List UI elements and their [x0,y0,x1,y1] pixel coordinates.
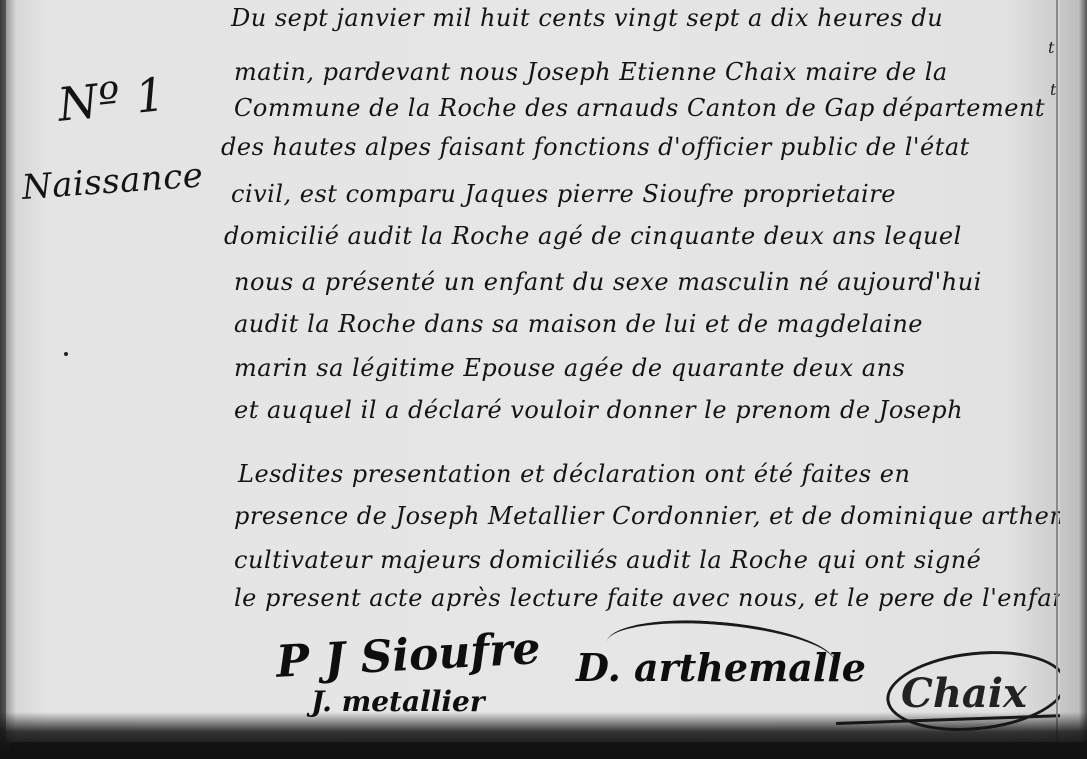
adjacent-page-edge [1060,0,1087,740]
record-line-4: des hautes alpes faisant fonctions d'off… [221,133,970,161]
record-line-6: domicilié audit la Roche agé de cinquant… [224,222,962,250]
entry-type-label: Naissance [21,155,205,208]
margin-ruling-line [1056,0,1058,742]
record-line-8: audit la Roche dans sa maison de lui et … [234,310,923,338]
scan-bottom-shadow [0,712,1087,759]
signature-witness-arthemalle: D. arthemalle [576,645,866,690]
record-line-12: presence de Joseph Metallier Cordonnier,… [234,502,1087,530]
record-line-13: cultivateur majeurs domiciliés audit la … [234,546,981,574]
record-line-11: Lesdites presentation et déclaration ont… [238,460,910,488]
right-margin-mark: t [1048,38,1054,57]
signature-father: P J Sioufre [275,623,542,688]
record-line-14: le present acte après lecture faite avec… [234,584,1078,612]
signature-mayor: Chaix [901,670,1027,717]
record-line-10: et auquel il a déclaré vouloir donner le… [234,396,963,424]
entry-number: Nº 1 [55,67,168,132]
record-line-5: civil, est comparu Jaques pierre Sioufre… [231,180,896,208]
register-page: Nº 1 Naissance Du sept janvier mil huit … [6,0,1084,742]
record-line-2: matin, pardevant nous Joseph Etienne Cha… [234,58,948,86]
record-line-7: nous a présenté un enfant du sexe mascul… [234,268,982,296]
record-line-3: Commune de la Roche des arnauds Canton d… [234,94,1045,122]
record-line-1: Du sept janvier mil huit cents vingt sep… [231,4,1031,32]
ink-dot [64,352,68,356]
record-line-9: marin sa légitime Epouse agée de quarant… [234,354,905,382]
